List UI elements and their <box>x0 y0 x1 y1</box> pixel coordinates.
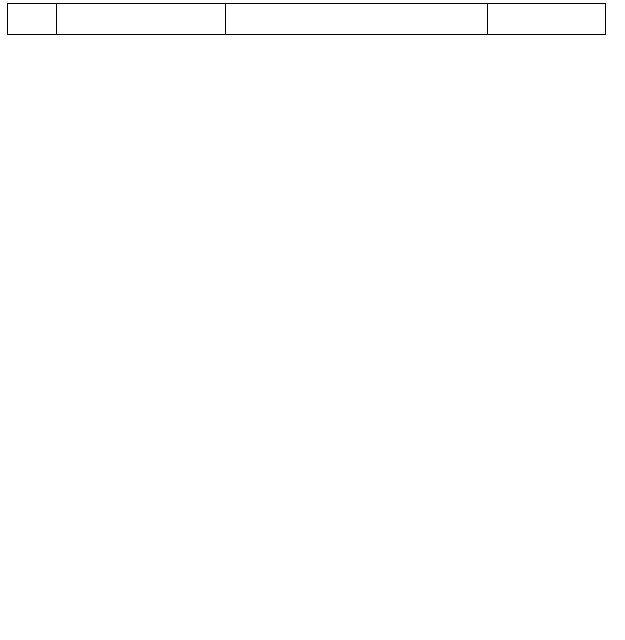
document-page <box>0 0 625 640</box>
col-header-no <box>8 4 57 35</box>
col-header-position <box>57 4 226 35</box>
col-header-gender <box>488 4 606 35</box>
header-row <box>8 4 606 35</box>
col-header-majors <box>226 4 488 35</box>
recruitment-requirements-table <box>7 3 606 35</box>
